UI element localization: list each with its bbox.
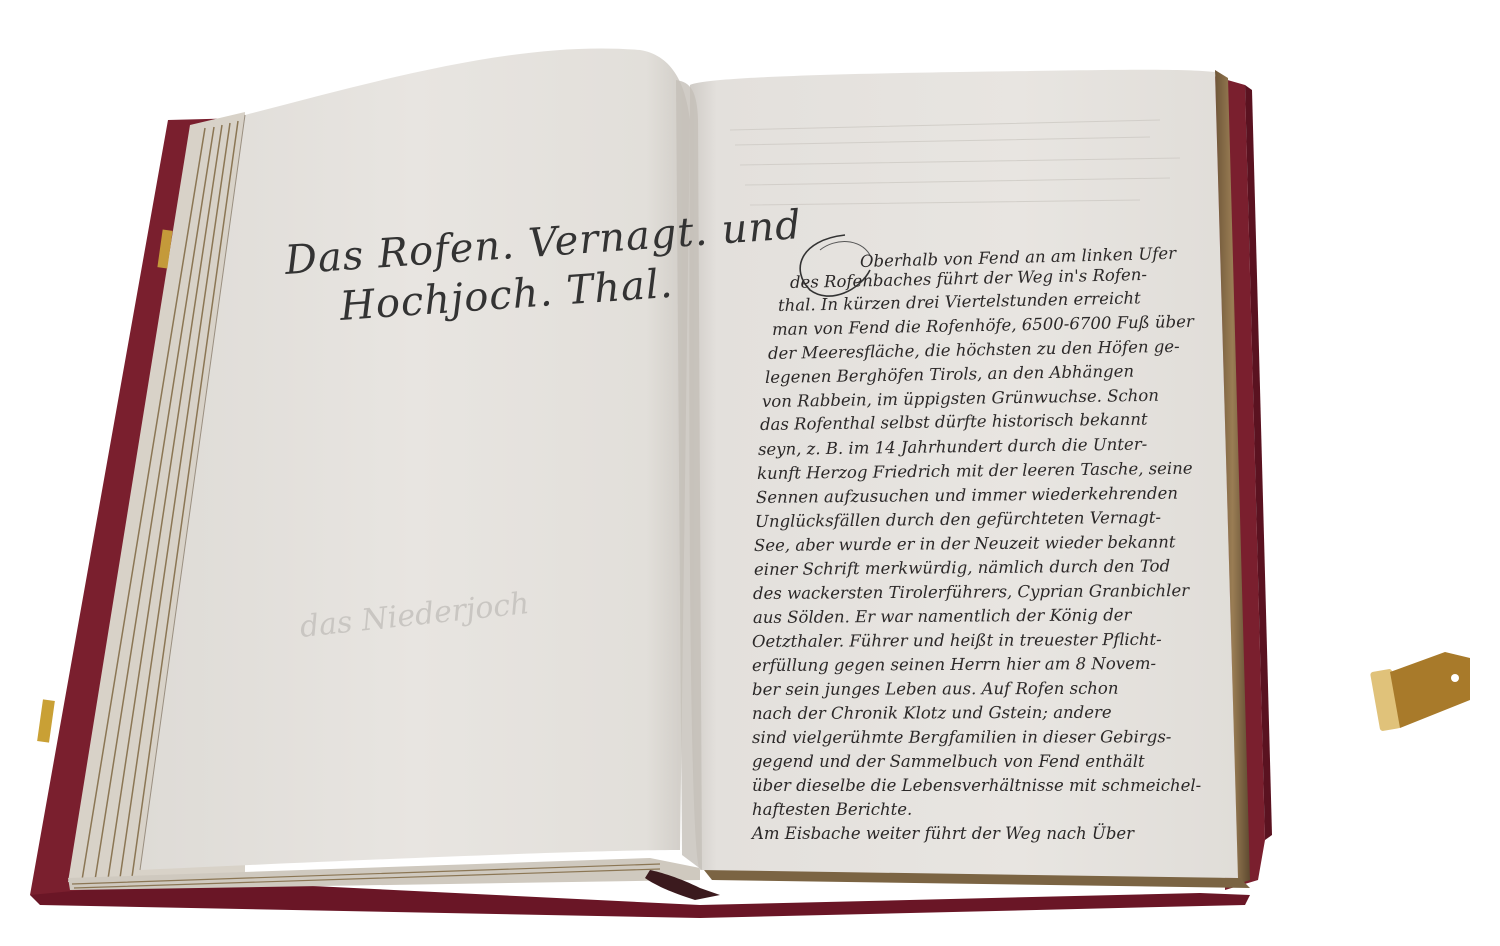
text-line: nach der Chronik Klotz und Gstein; ander… bbox=[752, 703, 1112, 723]
text-line: See, aber wurde er in der Neuzeit wieder… bbox=[754, 532, 1176, 555]
text-line: einer Schrift merkwürdig, nämlich durch … bbox=[754, 556, 1170, 579]
brass-clasp-left-bottom bbox=[37, 699, 55, 742]
book-photo: Das Rofen. Vernagt. und Hochjoch. Thal. … bbox=[0, 0, 1500, 946]
text-line: des wackersten Tirolerführers, Cyprian G… bbox=[753, 581, 1189, 603]
text-line: Am Eisbache weiter führt der Weg nach Üb… bbox=[752, 824, 1134, 843]
text-line: haftesten Berichte. bbox=[752, 800, 912, 819]
text-line: Oetzthaler. Führer und heißt in treueste… bbox=[752, 630, 1162, 651]
text-line: aus Sölden. Er war namentlich der König … bbox=[753, 605, 1132, 627]
open-book-illustration bbox=[0, 0, 1500, 946]
text-line: gegend und der Sammelbuch von Fend enthä… bbox=[752, 752, 1145, 771]
text-line: über dieselbe die Lebensverhältnisse mit… bbox=[752, 776, 1201, 795]
brass-clasp-right bbox=[1370, 652, 1470, 731]
text-line: erfüllung gegen seinen Herrn hier am 8 N… bbox=[752, 654, 1156, 675]
text-line: ber sein junges Leben aus. Auf Rofen sch… bbox=[752, 679, 1119, 699]
text-line: sind vielgerühmte Bergfamilien in dieser… bbox=[752, 727, 1171, 747]
